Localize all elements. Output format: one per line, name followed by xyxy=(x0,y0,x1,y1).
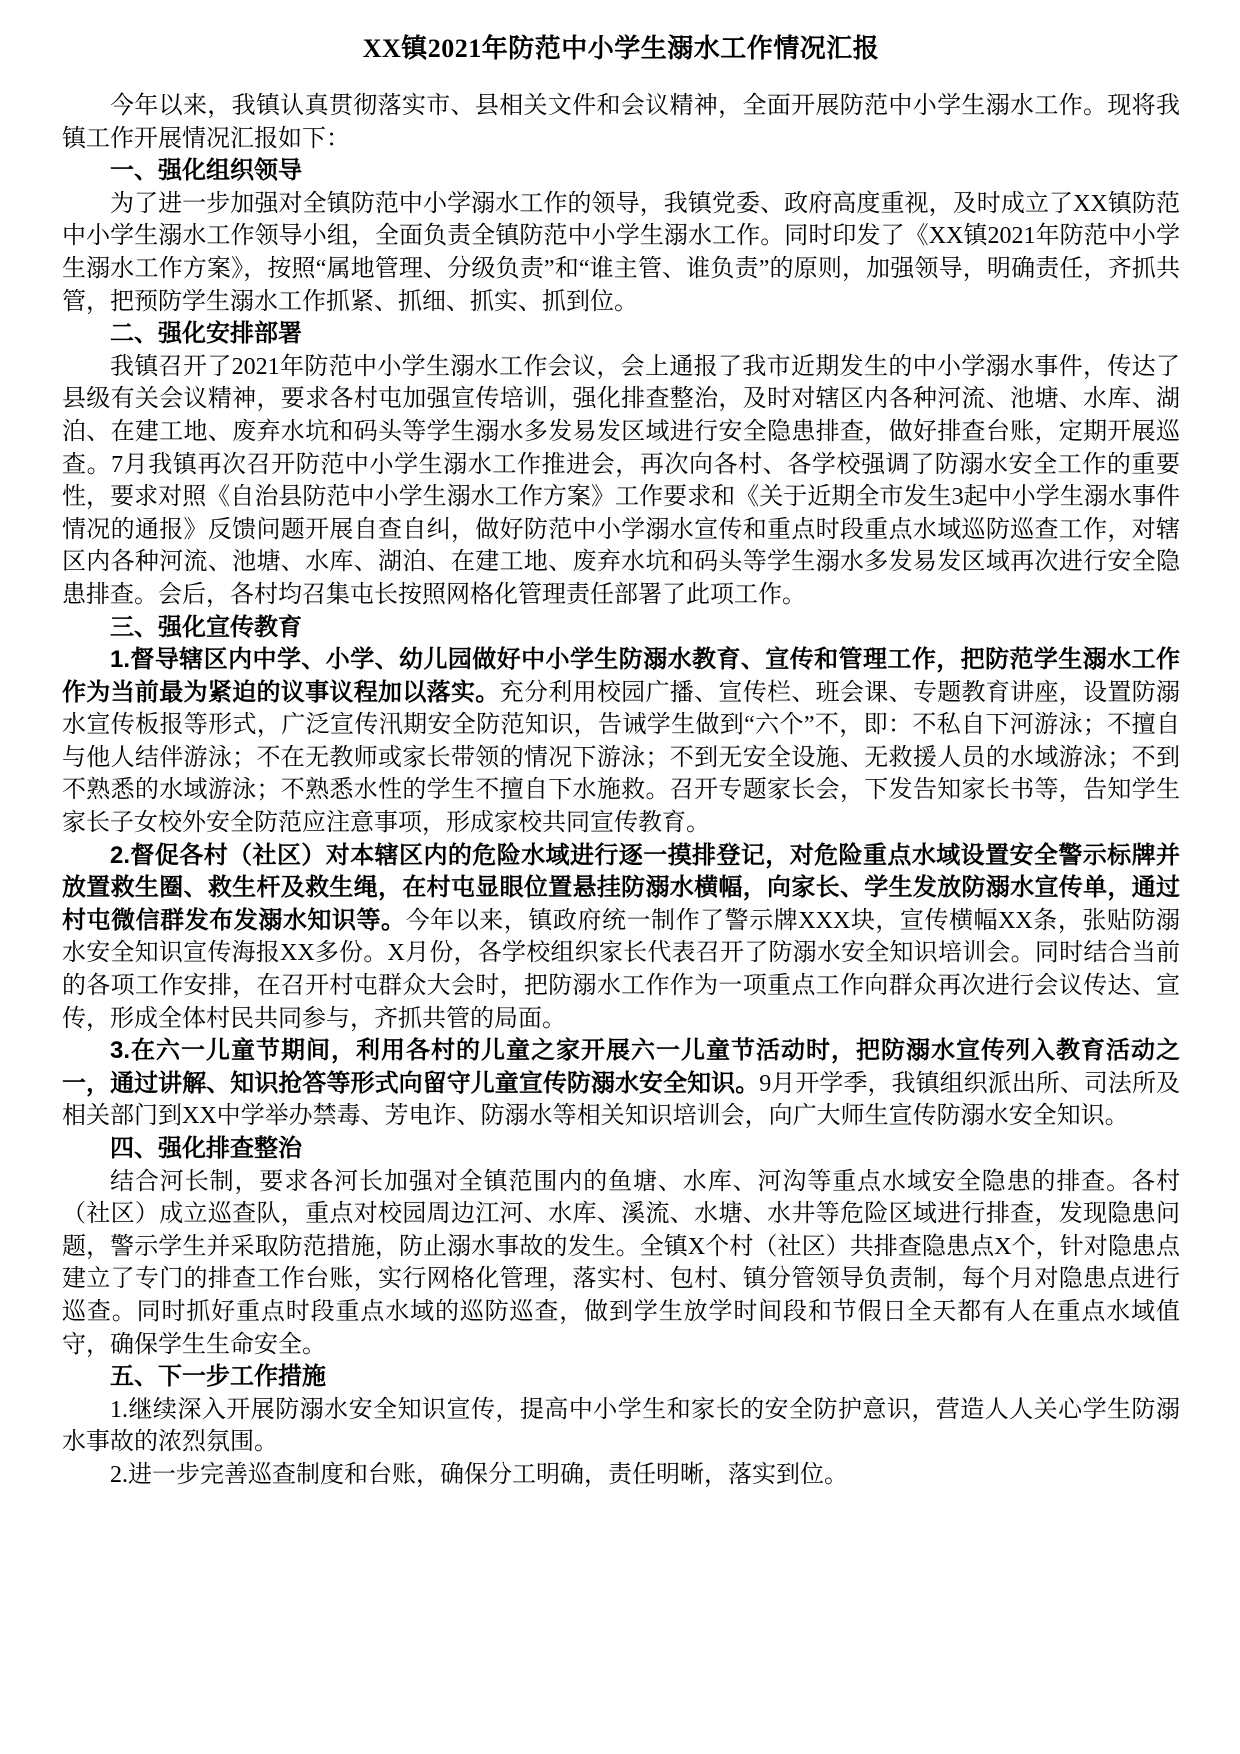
section-4-paragraph-1: 结合河长制，要求各河长加强对全镇范围内的鱼塘、水库、河沟等重点水域安全隐患的排查… xyxy=(62,1166,1180,1362)
section-5-paragraph-2: 2.进一步完善巡查制度和台账，确保分工明确，责任明晰，落实到位。 xyxy=(62,1459,1180,1492)
section-3-paragraph-2: 2.督促各村（社区）对本辖区内的危险水域进行逐一摸排登记，对危险重点水域设置安全… xyxy=(62,840,1180,1036)
paragraph-text: 为了进一步加强对全镇防范中小学溺水工作的领导，我镇党委、政府高度重视，及时成立了… xyxy=(62,191,1180,315)
section-3-heading: 三、强化宣传教育 xyxy=(62,612,1180,645)
section-3-paragraph-1: 1.督导辖区内中学、小学、幼儿园做好中小学生防溺水教育、宣传和管理工作，把防范学… xyxy=(62,644,1180,840)
section-2-heading: 二、强化安排部署 xyxy=(62,318,1180,351)
section-2-paragraph-1: 我镇召开了2021年防范中小学生溺水工作会议，会上通报了我市近期发生的中小学溺水… xyxy=(62,351,1180,612)
section-4-heading: 四、强化排查整治 xyxy=(62,1133,1180,1166)
section-1-heading: 一、强化组织领导 xyxy=(62,155,1180,188)
document-page: XX镇2021年防范中小学生溺水工作情况汇报 今年以来，我镇认真贯彻落实市、县相… xyxy=(0,0,1240,1754)
paragraph-text: 我镇召开了2021年防范中小学生溺水工作会议，会上通报了我市近期发生的中小学溺水… xyxy=(62,354,1180,608)
paragraph-text: 结合河长制，要求各河长加强对全镇范围内的鱼塘、水库、河沟等重点水域安全隐患的排查… xyxy=(62,1169,1180,1358)
section-3-paragraph-3: 3.在六一儿童节期间，利用各村的儿童之家开展六一儿童节活动时，把防溺水宣传列入教… xyxy=(62,1035,1180,1133)
section-1-paragraph-1: 为了进一步加强对全镇防范中小学溺水工作的领导，我镇党委、政府高度重视，及时成立了… xyxy=(62,188,1180,318)
document-title: XX镇2021年防范中小学生溺水工作情况汇报 xyxy=(62,30,1180,68)
section-5-paragraph-1: 1.继续深入开展防溺水安全知识宣传，提高中小学生和家长的安全防护意识，营造人人关… xyxy=(62,1394,1180,1459)
intro-paragraph: 今年以来，我镇认真贯彻落实市、县相关文件和会议精神，全面开展防范中小学生溺水工作… xyxy=(62,90,1180,155)
paragraph-text: 2.进一步完善巡查制度和台账，确保分工明确，责任明晰，落实到位。 xyxy=(110,1462,848,1488)
section-5-heading: 五、下一步工作措施 xyxy=(62,1361,1180,1394)
paragraph-text: 1.继续深入开展防溺水安全知识宣传，提高中小学生和家长的安全防护意识，营造人人关… xyxy=(62,1397,1180,1456)
